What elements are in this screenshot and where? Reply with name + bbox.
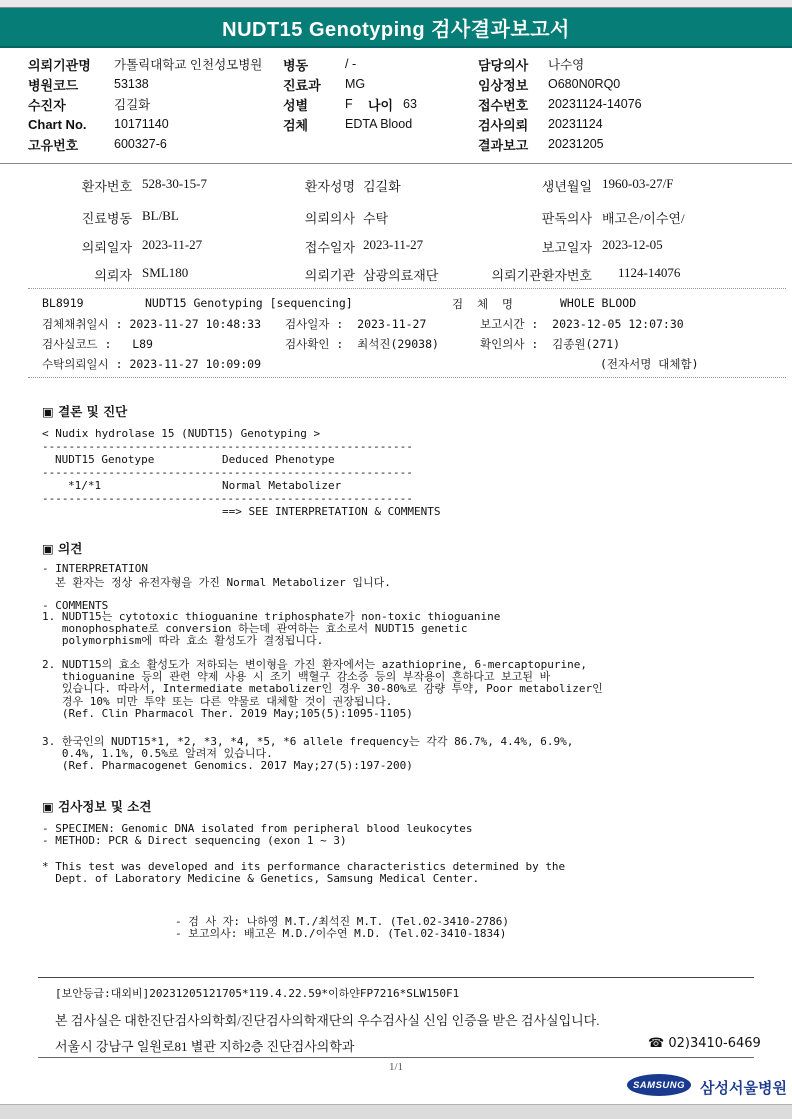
comment-line: 경우 10% 미만 투약 또는 다른 약물로 대체할 것이 권장됩니다. <box>42 696 603 708</box>
interpretation-text: 본 환자는 정상 유전자형을 가진 Normal Metabolizer 입니다… <box>42 574 391 590</box>
field-value: 수탁 <box>363 208 388 227</box>
field-label: 성별 <box>283 95 345 114</box>
reporting-doctor-line: - 보고의사: 배고은 M.D./이수연 M.D. (Tel.02-3410-1… <box>175 925 506 941</box>
field-value: 20231205 <box>548 137 604 151</box>
field-value: 2023-12-05 12:07:30 <box>552 317 684 331</box>
field-label: 의뢰의사 <box>295 208 355 227</box>
field-label: 진료병동 <box>30 208 132 227</box>
comment-3: 3. 한국인의 NUDT15*1, *2, *3, *4, *5, *6 all… <box>42 736 573 773</box>
info-row: 수진자 김길화 <box>28 94 262 114</box>
age-value: 63 <box>403 97 417 111</box>
test-order-row: 검사실코드 : L89 검사확인 : 최석진(29038) 확인의사 : 김종원… <box>0 336 792 352</box>
phenotype-column-header: Deduced Phenotype <box>222 453 335 466</box>
info-row: 병원코드 53138 <box>28 74 262 94</box>
request-info-right: 담당의사 나수영 임상정보 O680N0RQ0 접수번호 20231124-14… <box>478 54 642 154</box>
info-row: 고유번호 600327-6 <box>28 134 262 154</box>
field-label: 의뢰기관명 <box>28 55 114 74</box>
test-info-section-title: ▣ 검사정보 및 소견 <box>42 797 151 815</box>
genotype-column-header: NUDT15 Genotype <box>55 453 154 466</box>
field-label: 수탁의뢰일시 : <box>42 357 123 371</box>
field-value: L89 <box>132 337 153 351</box>
field-value: 1960-03-27/F <box>602 176 674 192</box>
field-value: / - <box>345 57 356 71</box>
footer-divider <box>38 1057 754 1058</box>
field-label: 검사확인 : <box>285 337 343 351</box>
field-value: 528-30-15-7 <box>142 176 207 192</box>
field-label: 검사실코드 : <box>42 337 111 351</box>
field-label: 병동 <box>283 55 345 74</box>
field-label: 접수번호 <box>478 95 548 114</box>
info-row: 임상정보 O680N0RQ0 <box>478 74 642 94</box>
see-interpretation-note: ==> SEE INTERPRETATION & COMMENTS <box>222 505 441 518</box>
phone-number: ☎ 02)3410-6469 <box>648 1036 761 1051</box>
field-label: 검사의뢰 <box>478 115 548 134</box>
field-label: 진료과 <box>283 75 345 94</box>
field-label: 접수일자 <box>295 237 355 256</box>
field-value: 나수영 <box>548 55 584 73</box>
field-label: 보고일자 <box>455 237 592 256</box>
field-label: 결과보고 <box>478 135 548 154</box>
patient-row: 환자번호 528-30-15-7 환자성명 김길화 생년월일 1960-03-2… <box>0 176 792 194</box>
field-value: 2023-11-27 10:09:09 <box>129 357 261 371</box>
request-info-middle: 병동 / - 진료과 MG 성별 F 나이 63 검체 EDTA Blood <box>283 54 417 134</box>
test-order-row: 검체채취일시 : 2023-11-27 10:48:33 검사일자 : 2023… <box>0 316 792 332</box>
info-row: 담당의사 나수영 <box>478 54 642 74</box>
hospital-name: 삼성서울병원 <box>700 1077 787 1098</box>
field-label: 환자성명 <box>295 176 355 195</box>
method-line: - METHOD: PCR & Direct sequencing (exon … <box>42 834 347 847</box>
field-value: 2023-11-27 <box>142 237 202 253</box>
info-row: 의뢰기관명 가톨릭대학교 인천성모병원 <box>28 54 262 74</box>
conclusion-section-title: ▣ 결론 및 진단 <box>42 402 127 420</box>
comment-2: 2. NUDT15의 효소 활성도가 저하되는 변이형을 가진 환자에서는 az… <box>42 659 603 720</box>
field-value: 김종원(271) <box>552 337 620 351</box>
field-value: 20231124-14076 <box>548 97 642 111</box>
test-order-row: 수탁의뢰일시 : 2023-11-27 10:09:09 (전자서명 대체함) <box>0 356 792 372</box>
field-value: 600327-6 <box>114 137 167 151</box>
top-gray-bar <box>0 0 792 8</box>
page-number: 1/1 <box>0 1061 792 1073</box>
field-value: 최석진(29038) <box>357 337 439 351</box>
specimen-label: 검 체 명 <box>452 296 513 312</box>
field-value: 배고은/이수연/ <box>602 208 685 227</box>
patient-row: 의뢰자 SML180 의뢰기관 삼광의료재단 의뢰기관환자번호 1124-140… <box>0 265 792 283</box>
info-row: Chart No. 10171140 <box>28 114 262 134</box>
bottom-gray-bar <box>0 1104 792 1119</box>
field-value: 53138 <box>114 77 149 91</box>
field-value: 김길화 <box>363 176 401 195</box>
request-info-left: 의뢰기관명 가톨릭대학교 인천성모병원 병원코드 53138 수진자 김길화 C… <box>28 54 262 154</box>
field-label: 고유번호 <box>28 135 114 154</box>
field-value: 2023-11-27 <box>357 317 426 331</box>
field-label: 의뢰기관 <box>295 265 355 284</box>
field-value: SML180 <box>142 265 188 281</box>
field-label: 의뢰기관환자번호 <box>455 265 592 284</box>
field-label: 수진자 <box>28 95 114 114</box>
field-value: 김길화 <box>114 95 150 113</box>
comment-line: (Ref. Clin Pharmacol Ther. 2019 May;105(… <box>42 708 603 720</box>
patient-row: 의뢰일자 2023-11-27 접수일자 2023-11-27 보고일자 202… <box>0 237 792 255</box>
dash-line: ----------------------------------------… <box>42 440 413 453</box>
field-value: 20231124 <box>548 117 603 131</box>
test-name: NUDT15 Genotyping [sequencing] <box>145 296 353 310</box>
field-value: EDTA Blood <box>345 117 412 131</box>
test-code: BL8919 <box>42 296 84 310</box>
patient-row: 진료병동 BL/BL 의뢰의사 수탁 판독의사 배고은/이수연/ <box>0 208 792 226</box>
info-row: 성별 F 나이 63 <box>283 94 417 114</box>
test-order-row: BL8919 NUDT15 Genotyping [sequencing] 검 … <box>0 296 792 312</box>
field-value: 2023-12-05 <box>602 237 663 253</box>
samsung-logo-text: SAMSUNG <box>633 1080 685 1091</box>
dotted-divider <box>28 288 786 289</box>
field-value: 2023-11-27 <box>363 237 423 253</box>
conclusion-subtitle: < Nudix hydrolase 15 (NUDT15) Genotyping… <box>42 427 320 440</box>
field-value: F <box>345 97 368 111</box>
dash-line: ----------------------------------------… <box>42 492 413 505</box>
security-line: [보안등급:대외비]20231205121705*119.4.22.59*이하얀… <box>55 985 459 1001</box>
esign-note: (전자서명 대체함) <box>600 356 699 372</box>
accreditation-text: 본 검사실은 대한진단검사의학회/진단검사의학재단의 우수검사실 신임 인증을 … <box>55 1010 600 1029</box>
field-label: 검체채취일시 : <box>42 317 123 331</box>
comment-line: (Ref. Pharmacogenet Genomics. 2017 May;2… <box>42 760 573 772</box>
field-label: 환자번호 <box>30 176 132 195</box>
age-label: 나이 <box>368 95 403 114</box>
field-label: 병원코드 <box>28 75 114 94</box>
field-value: BL/BL <box>142 208 179 224</box>
phenotype-result: Normal Metabolizer <box>222 479 341 492</box>
comment-line: 있습니다. 따라서, Intermediate metabolizer인 경우 … <box>42 683 603 695</box>
field-label: 검사일자 : <box>285 317 343 331</box>
developed-note-line: Dept. of Laboratory Medicine & Genetics,… <box>42 872 479 885</box>
field-label: 임상정보 <box>478 75 548 94</box>
footer-divider <box>38 977 754 978</box>
dotted-divider <box>28 377 786 378</box>
info-row: 진료과 MG <box>283 74 417 94</box>
section-divider <box>0 163 792 164</box>
field-value: O680N0RQ0 <box>548 77 620 91</box>
field-label: 담당의사 <box>478 55 548 74</box>
field-label: 검체 <box>283 115 345 134</box>
address-text: 서울시 강남구 일원로81 별관 지하2층 진단검사의학과 <box>55 1036 354 1055</box>
field-label: 의뢰일자 <box>30 237 132 256</box>
opinion-section-title: ▣ 의견 <box>42 539 82 557</box>
dash-line: ----------------------------------------… <box>42 466 413 479</box>
comment-line: polymorphism에 따라 효소 활성도가 결정됩니다. <box>42 635 500 647</box>
field-label: 보고시간 : <box>480 317 538 331</box>
info-row: 병동 / - <box>283 54 417 74</box>
report-title-banner: NUDT15 Genotyping 검사결과보고서 <box>0 8 792 48</box>
field-value: 1124-14076 <box>618 265 680 281</box>
samsung-logo-icon: SAMSUNG <box>627 1074 691 1096</box>
field-label: 확인의사 : <box>480 337 538 351</box>
field-value: 2023-11-27 10:48:33 <box>129 317 261 331</box>
field-value: 10171140 <box>114 117 169 131</box>
field-label: 판독의사 <box>455 208 592 227</box>
report-page: NUDT15 Genotyping 검사결과보고서 의뢰기관명 가톨릭대학교 인… <box>0 0 792 1119</box>
field-value: 삼광의료재단 <box>363 265 438 284</box>
field-label: 생년월일 <box>455 176 592 195</box>
comment-1: 1. NUDT15는 cytotoxic thioguanine triphos… <box>42 611 500 648</box>
field-label: Chart No. <box>28 117 114 132</box>
info-row: 결과보고 20231205 <box>478 134 642 154</box>
info-row: 접수번호 20231124-14076 <box>478 94 642 114</box>
page-title: NUDT15 Genotyping 검사결과보고서 <box>222 13 570 42</box>
field-value: MG <box>345 77 365 91</box>
field-label: 의뢰자 <box>30 265 132 284</box>
genotype-result: *1/*1 <box>68 479 101 492</box>
info-row: 검사의뢰 20231124 <box>478 114 642 134</box>
specimen-value: WHOLE BLOOD <box>560 296 636 310</box>
info-row: 검체 EDTA Blood <box>283 114 417 134</box>
field-value: 가톨릭대학교 인천성모병원 <box>114 55 262 73</box>
